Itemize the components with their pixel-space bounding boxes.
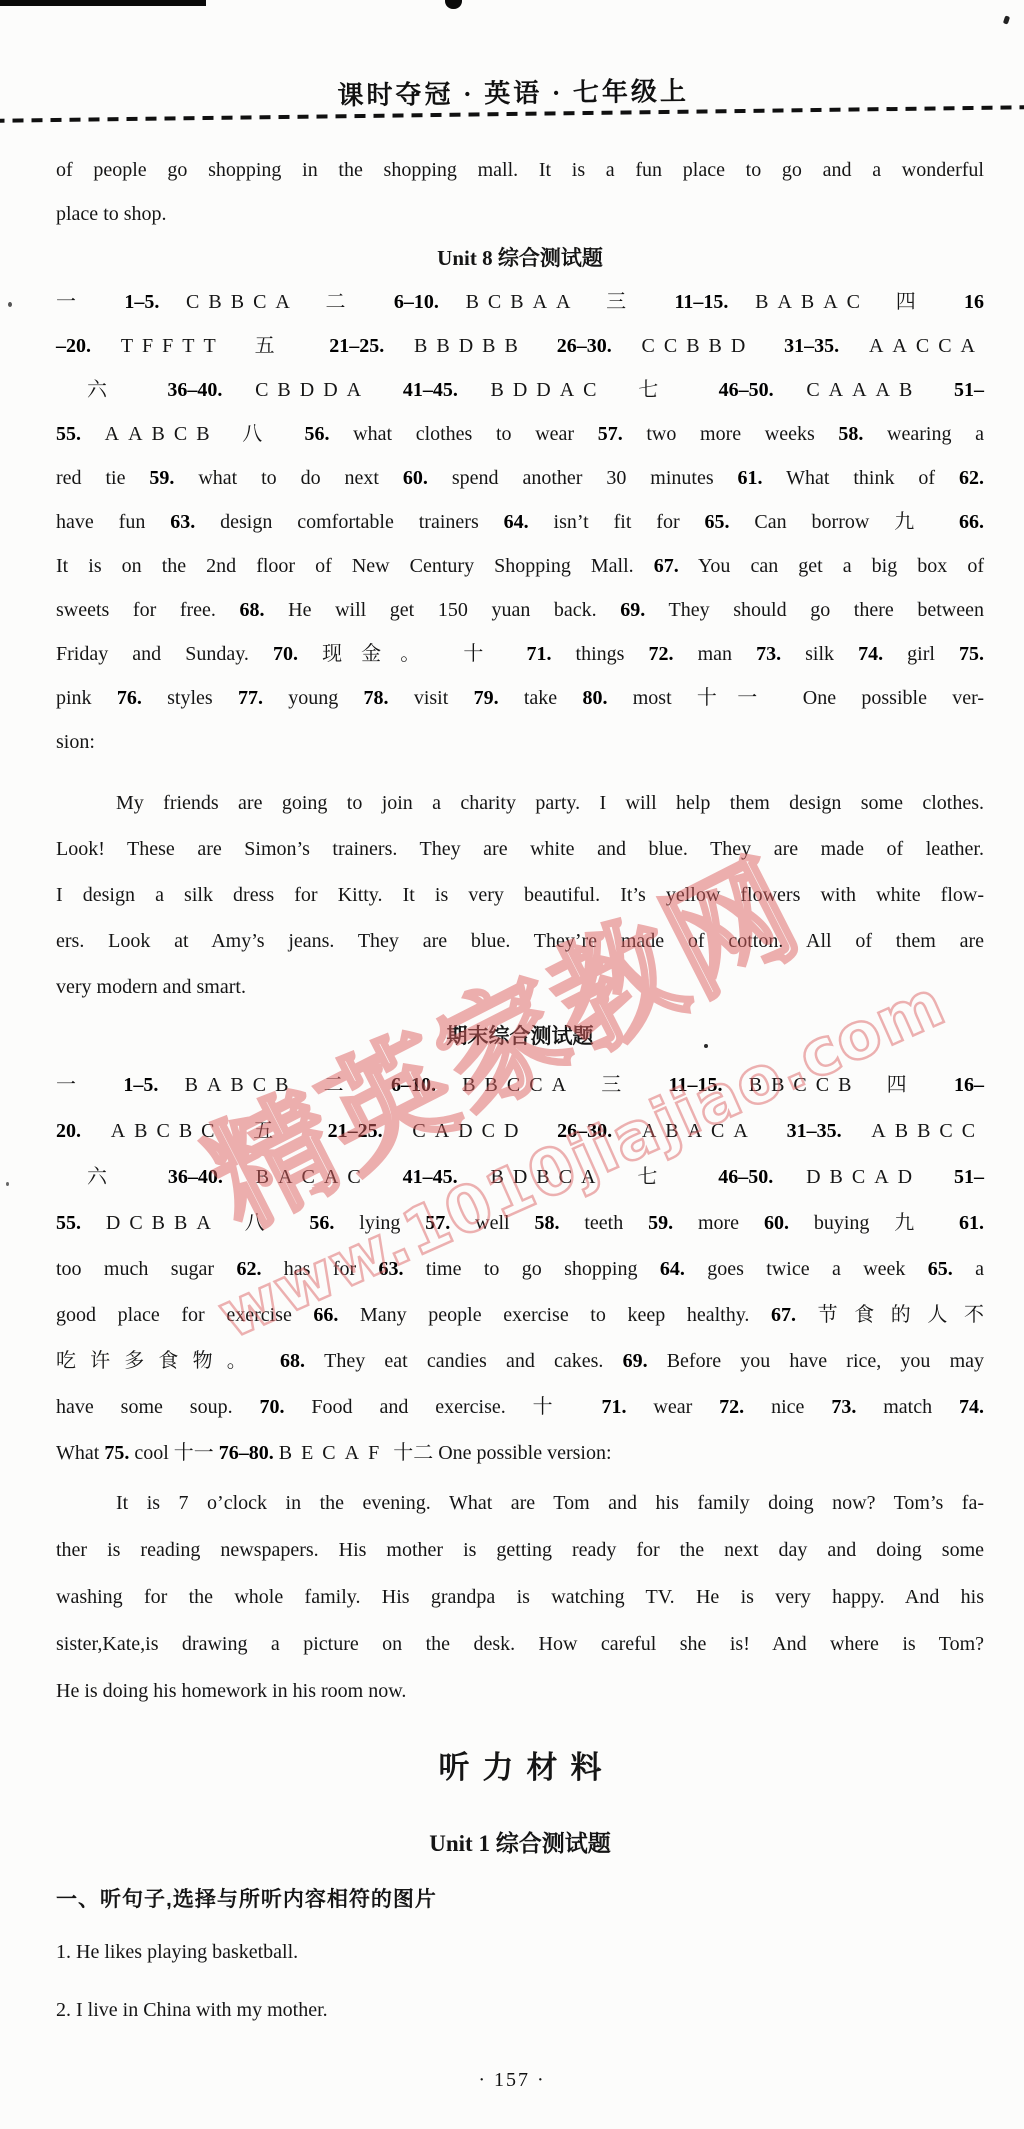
text: They eat candies and cakes. bbox=[305, 1350, 623, 1372]
text: I design a silk dress for Kitty. It is v… bbox=[56, 884, 984, 906]
text: Food and exercise. 十 bbox=[285, 1396, 602, 1418]
unit8-answers: 一 1–5. CBBCA 二 6–10. BCBAA 三 11–15. BABA… bbox=[56, 280, 984, 720]
answer-number: 11–15. bbox=[675, 291, 729, 313]
text: 六 bbox=[87, 379, 167, 401]
text-line: red tie 59. what to do next 60. spend an… bbox=[56, 456, 984, 500]
answer-letters: TFFTT bbox=[121, 335, 225, 357]
answer-letters: BBCCB bbox=[749, 1074, 861, 1096]
text: wear bbox=[626, 1396, 719, 1418]
text-line: Look! These are Simon’s trainers. They a… bbox=[56, 826, 984, 872]
answer-number: 75. bbox=[104, 1442, 129, 1464]
answer-number: 74. bbox=[858, 643, 883, 665]
text: Many people exercise to keep healthy. bbox=[338, 1304, 771, 1326]
answer-number: 1–5. bbox=[124, 291, 159, 313]
answer-number: 36–40. bbox=[167, 379, 222, 401]
answer-letters: BABCB bbox=[185, 1074, 298, 1096]
answer-number: 72. bbox=[649, 643, 674, 665]
text: young bbox=[263, 687, 364, 709]
answer-number: 59. bbox=[648, 1212, 673, 1234]
answer-number: 36–40. bbox=[168, 1166, 223, 1188]
text: silk bbox=[781, 643, 858, 665]
text: 二 bbox=[297, 1074, 391, 1096]
text-line: 期末综合测试题 bbox=[56, 1010, 984, 1062]
text: more bbox=[673, 1212, 764, 1234]
text: 吃许多食物。 bbox=[56, 1350, 280, 1372]
text bbox=[773, 1166, 806, 1188]
text: teeth bbox=[559, 1212, 648, 1234]
text: 七 bbox=[606, 379, 719, 401]
text-line: place to shop. bbox=[56, 192, 984, 236]
answer-letters: BACAC bbox=[256, 1166, 370, 1188]
scan-artifact-blob bbox=[445, 0, 462, 9]
text-line: of people go shopping in the shopping ma… bbox=[56, 148, 984, 192]
answer-number: 11–15. bbox=[669, 1074, 723, 1096]
text-line: 2. I live in China with my mother. bbox=[56, 1985, 984, 2035]
text-line: I design a silk dress for Kitty. It is v… bbox=[56, 872, 984, 918]
text bbox=[612, 335, 642, 357]
text: 十二 One possible version: bbox=[388, 1442, 611, 1464]
text bbox=[757, 1120, 787, 1142]
text-line: have some soup. 70. Food and exercise. 十… bbox=[56, 1384, 984, 1430]
text: very modern and smart. bbox=[56, 976, 246, 998]
text: time to go shopping bbox=[404, 1258, 660, 1280]
answer-number: 74. bbox=[959, 1396, 984, 1418]
answer-number: 57. bbox=[598, 423, 623, 445]
text: sister,Kate,is drawing a picture on the … bbox=[56, 1633, 984, 1655]
text: 期末综合测试题 bbox=[447, 1024, 594, 1048]
text: 七 bbox=[604, 1166, 718, 1188]
answer-number: 63. bbox=[379, 1258, 404, 1280]
text: It is 7 o’clock in the evening. What are… bbox=[116, 1492, 984, 1514]
answer-number: 55. bbox=[56, 423, 81, 445]
answer-number: 64. bbox=[504, 511, 529, 533]
content: of people go shopping in the shopping ma… bbox=[56, 148, 984, 2035]
text: goes twice a week bbox=[685, 1258, 928, 1280]
answer-number: 68. bbox=[280, 1350, 305, 1372]
answer-number: 79. bbox=[474, 687, 499, 709]
text: have fun bbox=[56, 511, 170, 533]
text-line: pink 76. styles 77. young 78. visit 79. … bbox=[56, 676, 984, 720]
text-line: 六 36–40. CBDDA 41–45. BDDAC 七 46–50. CAA… bbox=[56, 368, 984, 412]
text: 一、听句子,选择与所听内容相符的图片 bbox=[56, 1888, 437, 1911]
text-line: Friday and Sunday. 70. 现金。 十 71. things … bbox=[56, 632, 984, 676]
answer-number: 6–10. bbox=[394, 291, 439, 313]
answer-number: 58. bbox=[838, 423, 863, 445]
answer-number: 72. bbox=[719, 1396, 744, 1418]
scanned-page: 课时夺冠 · 英语 · 七年级上 of people go shopping i… bbox=[0, 0, 1024, 2129]
answer-number: 57. bbox=[425, 1212, 450, 1234]
text: design comfortable trainers bbox=[195, 511, 503, 533]
text-line: 一、听句子,选择与所听内容相符的图片 bbox=[56, 1873, 984, 1927]
answer-number: 20. bbox=[56, 1120, 81, 1142]
text: Can borrow 九 bbox=[730, 511, 959, 533]
text: 1. He likes playing basketball. bbox=[56, 1941, 298, 1963]
text-line: What 75. cool 十一 76–80. BECAF 十二 One pos… bbox=[56, 1430, 984, 1476]
answer-number: 66. bbox=[313, 1304, 338, 1326]
text bbox=[436, 1074, 462, 1096]
text-line: sister,Kate,is drawing a picture on the … bbox=[56, 1621, 984, 1668]
text: too much sugar bbox=[56, 1258, 236, 1280]
answer-number: 63. bbox=[170, 511, 195, 533]
text: 二 bbox=[299, 291, 394, 313]
answer-number: 51– bbox=[954, 379, 984, 401]
answer-letters: CBBCA bbox=[186, 291, 299, 313]
answer-number: 73. bbox=[831, 1396, 856, 1418]
text-line: ers. Look at Amy’s jeans. They are blue.… bbox=[56, 918, 984, 964]
text: spend another 30 minutes bbox=[428, 467, 738, 489]
text-line: 一 1–5. CBBCA 二 6–10. BCBAA 三 11–15. BABA… bbox=[56, 280, 984, 324]
text: My friends are going to join a charity p… bbox=[116, 792, 984, 814]
text bbox=[439, 291, 466, 313]
text-line: 六 36–40. BACAC 41–45. BDBCA 七 46–50. DBC… bbox=[56, 1154, 984, 1200]
text: of people go shopping in the shopping ma… bbox=[56, 159, 984, 181]
text: 四 bbox=[869, 291, 964, 313]
answer-number: 61. bbox=[738, 467, 763, 489]
text: 听力材料 bbox=[439, 1750, 615, 1785]
text: take bbox=[499, 687, 583, 709]
text bbox=[774, 379, 807, 401]
listening-item-2: 2. I live in China with my mother. bbox=[56, 1985, 984, 2035]
text: things bbox=[551, 643, 648, 665]
text: buying 九 bbox=[789, 1212, 959, 1234]
answer-number: 62. bbox=[236, 1258, 261, 1280]
text: What think of bbox=[763, 467, 959, 489]
answer-number: 56. bbox=[305, 423, 330, 445]
answer-number: 6–10. bbox=[391, 1074, 436, 1096]
answer-number: 16– bbox=[954, 1074, 984, 1096]
text: 五 bbox=[225, 335, 329, 357]
text bbox=[159, 291, 186, 313]
answer-number: 21–25. bbox=[329, 335, 384, 357]
answer-letters: CCBBD bbox=[642, 335, 755, 357]
text: a bbox=[953, 1258, 984, 1280]
answer-letters: CADCD bbox=[412, 1120, 527, 1142]
answer-number: –20. bbox=[56, 335, 91, 357]
text-line: Unit 8 综合测试题 bbox=[56, 236, 984, 280]
text: styles bbox=[142, 687, 238, 709]
answer-letters: CAAAB bbox=[806, 379, 921, 401]
answer-number: 16 bbox=[964, 291, 984, 313]
text: 三 bbox=[579, 291, 674, 313]
text: isn’t fit for bbox=[529, 511, 705, 533]
text: Look! These are Simon’s trainers. They a… bbox=[56, 838, 984, 860]
answer-number: 65. bbox=[705, 511, 730, 533]
text: red tie bbox=[56, 467, 149, 489]
text: sweets for free. bbox=[56, 599, 240, 621]
answer-letters: ABBCC bbox=[871, 1120, 984, 1142]
text: pink bbox=[56, 687, 117, 709]
text: visit bbox=[389, 687, 474, 709]
text-line: 20. ABCBC 五 21–25. CADCD 26–30. ABACA 31… bbox=[56, 1108, 984, 1154]
answer-number: 60. bbox=[403, 467, 428, 489]
answer-number: 70. bbox=[273, 643, 298, 665]
answer-number: 58. bbox=[534, 1212, 559, 1234]
answer-number: 41–45. bbox=[403, 379, 458, 401]
text: what clothes to wear bbox=[330, 423, 598, 445]
text: 八 bbox=[219, 423, 305, 445]
answer-number: 70. bbox=[260, 1396, 285, 1418]
answer-number: 73. bbox=[756, 643, 781, 665]
text-line: sion: bbox=[56, 720, 984, 764]
text-line: It is on the 2nd floor of New Century Sh… bbox=[56, 544, 984, 588]
scan-speck bbox=[1003, 15, 1010, 24]
text bbox=[527, 1120, 557, 1142]
text-line: 吃许多食物。 68. They eat candies and cakes. 6… bbox=[56, 1338, 984, 1384]
text-line: Unit 1 综合测试题 bbox=[56, 1815, 984, 1873]
text: Unit 8 综合测试题 bbox=[437, 246, 603, 270]
text: most 十一 One possible ver- bbox=[607, 687, 984, 709]
text bbox=[81, 1212, 106, 1234]
text: sion: bbox=[56, 731, 95, 753]
section-one-heading: 一、听句子,选择与所听内容相符的图片 bbox=[56, 1873, 984, 1927]
answer-number: 69. bbox=[623, 1350, 648, 1372]
text-line: 一 1–5. BABCB 二 6–10. BBCCA 三 11–15. BBCC… bbox=[56, 1062, 984, 1108]
text: well bbox=[450, 1212, 534, 1234]
text: cool 十一 bbox=[129, 1442, 218, 1464]
text: 节食的人不 bbox=[796, 1304, 984, 1326]
text bbox=[754, 335, 784, 357]
text-line: washing for the whole family. His grandp… bbox=[56, 1574, 984, 1621]
answer-number: 31–35. bbox=[784, 335, 839, 357]
text bbox=[383, 1120, 413, 1142]
text: place to shop. bbox=[56, 203, 167, 225]
answer-number: 71. bbox=[601, 1396, 626, 1418]
final-test-answers: 一 1–5. BABCB 二 6–10. BBCCA 三 11–15. BBCC… bbox=[56, 1062, 984, 1476]
answer-letters: DBCAD bbox=[806, 1166, 921, 1188]
text: Unit 1 综合测试题 bbox=[429, 1831, 610, 1856]
text-line: He is doing his homework in his room now… bbox=[56, 1668, 984, 1715]
final-test-title: 期末综合测试题 bbox=[56, 1010, 984, 1062]
text: wearing a bbox=[863, 423, 984, 445]
text: ther is reading newspapers. His mother i… bbox=[56, 1539, 984, 1561]
answer-number: 31–35. bbox=[787, 1120, 842, 1142]
answer-number: 76–80. bbox=[219, 1442, 274, 1464]
text-line: 55. AABCB 八 56. what clothes to wear 57.… bbox=[56, 412, 984, 456]
text: He will get 150 yuan back. bbox=[265, 599, 621, 621]
answer-letters: ABCBC bbox=[111, 1120, 224, 1142]
text-line: too much sugar 62. has for 63. time to g… bbox=[56, 1246, 984, 1292]
text-line: 1. He likes playing basketball. bbox=[56, 1927, 984, 1977]
text bbox=[458, 1166, 491, 1188]
text bbox=[370, 379, 403, 401]
text: good place for exercise bbox=[56, 1304, 313, 1326]
text-line: very modern and smart. bbox=[56, 964, 984, 1010]
listening-item-1: 1. He likes playing basketball. bbox=[56, 1927, 984, 1977]
unit8-writing-sample: My friends are going to join a charity p… bbox=[56, 780, 984, 1010]
text: What bbox=[56, 1442, 104, 1464]
text: 五 bbox=[224, 1120, 328, 1142]
answer-number: 61. bbox=[959, 1212, 984, 1234]
answer-number: 21–25. bbox=[328, 1120, 383, 1142]
text-line: 55. DCBBA 八 56. lying 57. well 58. teeth… bbox=[56, 1200, 984, 1246]
text: They should go there between bbox=[645, 599, 984, 621]
answer-number: 65. bbox=[928, 1258, 953, 1280]
answer-number: 55. bbox=[56, 1212, 81, 1234]
answer-number: 77. bbox=[238, 687, 263, 709]
text bbox=[921, 379, 954, 401]
text bbox=[458, 379, 491, 401]
answer-number: 69. bbox=[620, 599, 645, 621]
text: girl bbox=[883, 643, 959, 665]
text: 三 bbox=[575, 1074, 669, 1096]
answer-letters: DCBBA bbox=[106, 1212, 220, 1234]
text: has for bbox=[261, 1258, 378, 1280]
text bbox=[91, 335, 121, 357]
answer-number: 41–45. bbox=[403, 1166, 458, 1188]
text: ers. Look at Amy’s jeans. They are blue.… bbox=[56, 930, 984, 952]
answer-letters: AACCA bbox=[869, 335, 984, 357]
version-label-continuation: sion: bbox=[56, 720, 984, 764]
text bbox=[921, 1166, 954, 1188]
answer-number: 51– bbox=[954, 1166, 984, 1188]
text-line: have fun 63. design comfortable trainers… bbox=[56, 500, 984, 544]
text: match bbox=[856, 1396, 959, 1418]
answer-letters: BCBAA bbox=[466, 291, 580, 313]
answer-letters: CBDDA bbox=[255, 379, 370, 401]
text bbox=[612, 1120, 642, 1142]
answer-number: 1–5. bbox=[123, 1074, 158, 1096]
answer-number: 26–30. bbox=[557, 335, 612, 357]
text bbox=[723, 1074, 749, 1096]
page-number: · 157 · bbox=[0, 2062, 1024, 2098]
intro-paragraph-continuation: of people go shopping in the shopping ma… bbox=[56, 148, 984, 236]
text-line: It is 7 o’clock in the evening. What are… bbox=[56, 1480, 984, 1527]
text bbox=[370, 1166, 403, 1188]
answer-number: 60. bbox=[764, 1212, 789, 1234]
unit1-test-title: Unit 1 综合测试题 bbox=[56, 1815, 984, 1873]
text: 八 bbox=[220, 1212, 310, 1234]
text: 一 bbox=[56, 1074, 123, 1096]
answer-number: 67. bbox=[654, 555, 679, 577]
text: 2. I live in China with my mother. bbox=[56, 1999, 328, 2021]
text: 一 bbox=[56, 291, 124, 313]
text: what to do next bbox=[174, 467, 403, 489]
scan-speck bbox=[6, 1182, 9, 1186]
answer-number: 64. bbox=[660, 1258, 685, 1280]
answer-number: 68. bbox=[240, 599, 265, 621]
answer-number: 59. bbox=[149, 467, 174, 489]
text bbox=[81, 1120, 111, 1142]
scan-speck bbox=[8, 302, 12, 307]
text: two more weeks bbox=[623, 423, 839, 445]
text: He is doing his homework in his room now… bbox=[56, 1680, 406, 1702]
answer-number: 46–50. bbox=[718, 1166, 773, 1188]
text: washing for the whole family. His grandp… bbox=[56, 1586, 984, 1608]
answer-letters: BECAF bbox=[279, 1442, 388, 1464]
answer-number: 66. bbox=[959, 511, 984, 533]
text: man bbox=[674, 643, 757, 665]
text-line: –20. TFFTT 五 21–25. BBDBB 26–30. CCBBD 3… bbox=[56, 324, 984, 368]
answer-number: 26–30. bbox=[557, 1120, 612, 1142]
answer-letters: BABAC bbox=[755, 291, 869, 313]
unit8-test-title: Unit 8 综合测试题 bbox=[56, 236, 984, 280]
text bbox=[728, 291, 755, 313]
text: 六 bbox=[87, 1166, 168, 1188]
answer-number: 46–50. bbox=[719, 379, 774, 401]
text bbox=[81, 423, 105, 445]
answer-letters: BBCCA bbox=[462, 1074, 575, 1096]
text bbox=[839, 335, 869, 357]
answer-number: 78. bbox=[364, 687, 389, 709]
scan-artifact-top-bar bbox=[0, 0, 206, 6]
listening-materials-title: 听力材料 bbox=[56, 1721, 984, 1815]
final-writing-sample: It is 7 o’clock in the evening. What are… bbox=[56, 1480, 984, 1715]
text: Friday and Sunday. bbox=[56, 643, 273, 665]
text: It is on the 2nd floor of New Century Sh… bbox=[56, 555, 654, 577]
text: You can get a big box of bbox=[679, 555, 984, 577]
answer-number: 71. bbox=[526, 643, 551, 665]
answer-letters: BDBCA bbox=[491, 1166, 605, 1188]
text bbox=[222, 379, 255, 401]
text bbox=[527, 335, 557, 357]
answer-number: 67. bbox=[771, 1304, 796, 1326]
text: Before you have rice, you may bbox=[648, 1350, 984, 1372]
answer-number: 80. bbox=[582, 687, 607, 709]
text: lying bbox=[334, 1212, 425, 1234]
text: nice bbox=[744, 1396, 831, 1418]
text: 四 bbox=[860, 1074, 954, 1096]
text: have some soup. bbox=[56, 1396, 260, 1418]
answer-number: 75. bbox=[959, 643, 984, 665]
text bbox=[842, 1120, 872, 1142]
text-line: ther is reading newspapers. His mother i… bbox=[56, 1527, 984, 1574]
answer-number: 62. bbox=[959, 467, 984, 489]
text bbox=[384, 335, 414, 357]
answer-number: 76. bbox=[117, 687, 142, 709]
text bbox=[223, 1166, 256, 1188]
answer-letters: ABACA bbox=[642, 1120, 757, 1142]
answer-number: 56. bbox=[309, 1212, 334, 1234]
answer-letters: BDDAC bbox=[491, 379, 606, 401]
text-line: good place for exercise 66. Many people … bbox=[56, 1292, 984, 1338]
answer-letters: BBDBB bbox=[414, 335, 527, 357]
text-line: My friends are going to join a charity p… bbox=[56, 780, 984, 826]
answer-letters: AABCB bbox=[105, 423, 219, 445]
text: 现金。 十 bbox=[298, 643, 526, 665]
text-line: 听力材料 bbox=[56, 1721, 984, 1815]
text bbox=[158, 1074, 184, 1096]
text-line: sweets for free. 68. He will get 150 yua… bbox=[56, 588, 984, 632]
